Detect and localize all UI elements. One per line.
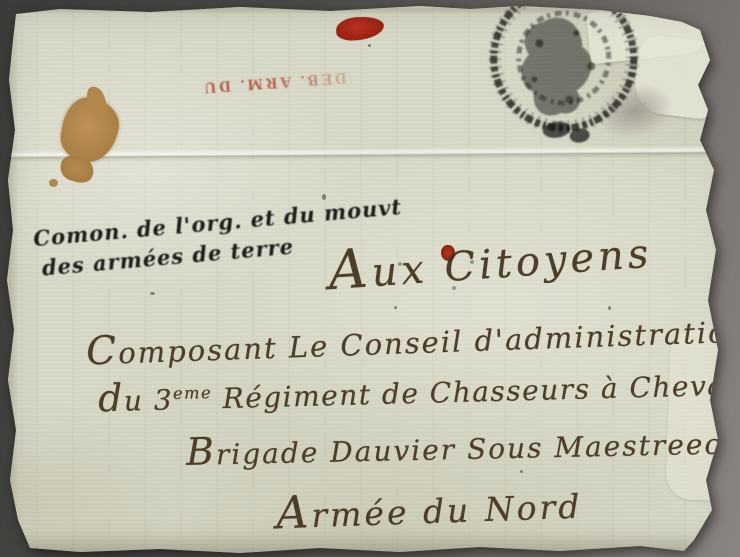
ink-speck (520, 470, 523, 473)
address-line-brigade: Brigade Dauvier Sous Maestreech (186, 418, 740, 474)
red-armee-du-nord-handstamp: DEB. ARM. DU NORD (197, 63, 351, 102)
black-circular-cachet-stamp (472, 0, 657, 150)
ink-speck (394, 306, 397, 309)
envelope-paper: DEB. ARM. DU NORD Comon. de l'org. et du… (0, 0, 740, 557)
address-line-regiment-ordinal: eme (173, 383, 213, 403)
address-line-armee-du-nord: Armée du Nord (275, 477, 583, 540)
red-wax-remnant (335, 15, 384, 41)
ink-speck (368, 44, 371, 47)
address-line-regiment-prefix: du 3 (98, 383, 174, 418)
paper-shadow-wrap: DEB. ARM. DU NORD Comon. de l'org. et du… (0, 0, 740, 557)
ink-speck (608, 306, 611, 310)
torn-paper-flap (665, 329, 731, 501)
address-line-regiment-rest: Régiment de Chasseurs à Cheval (212, 369, 737, 416)
photo-of-postal-cover: DEB. ARM. DU NORD Comon. de l'org. et du… (0, 0, 740, 557)
torn-left-edge (0, 0, 18, 557)
torn-top-edge (0, 0, 740, 14)
brown-stain-dot (49, 179, 58, 187)
ink-speck (150, 292, 155, 295)
